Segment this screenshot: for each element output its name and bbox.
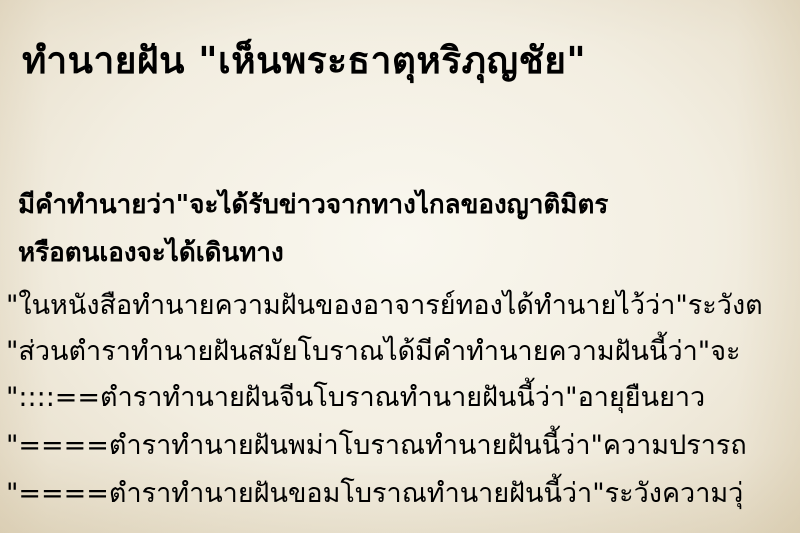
interpretation-line-burmese: "====ตำราทำนายฝันพม่าโบราณทำนายฝันนี้ว่า… bbox=[6, 432, 747, 459]
interpretation-line-achan-thong: "ในหนังสือทำนายความฝันของอาจารย์ทองได้ทำ… bbox=[6, 292, 763, 319]
interpretation-line-khmer: "====ตำราทำนายฝันขอมโบราณทำนายฝันนี้ว่า"… bbox=[6, 480, 743, 507]
interpretation-line-2: หรือตนเองจะได้เดินทาง bbox=[18, 240, 284, 266]
page-title: ทำนายฝัน "เห็นพระธาตุหริภุญชัย" bbox=[22, 39, 586, 83]
interpretation-line-chinese: "::::==ตำราทำนายฝันจีนโบราณทำนายฝันนี้ว่… bbox=[6, 384, 705, 411]
interpretation-line-ancient: "ส่วนตำราทำนายฝันสมัยโบราณได้มีคำทำนายคว… bbox=[6, 338, 741, 365]
interpretation-line-1: มีคำทำนายว่า"จะได้รับข่าวจากทางไกลของญาต… bbox=[18, 192, 608, 218]
